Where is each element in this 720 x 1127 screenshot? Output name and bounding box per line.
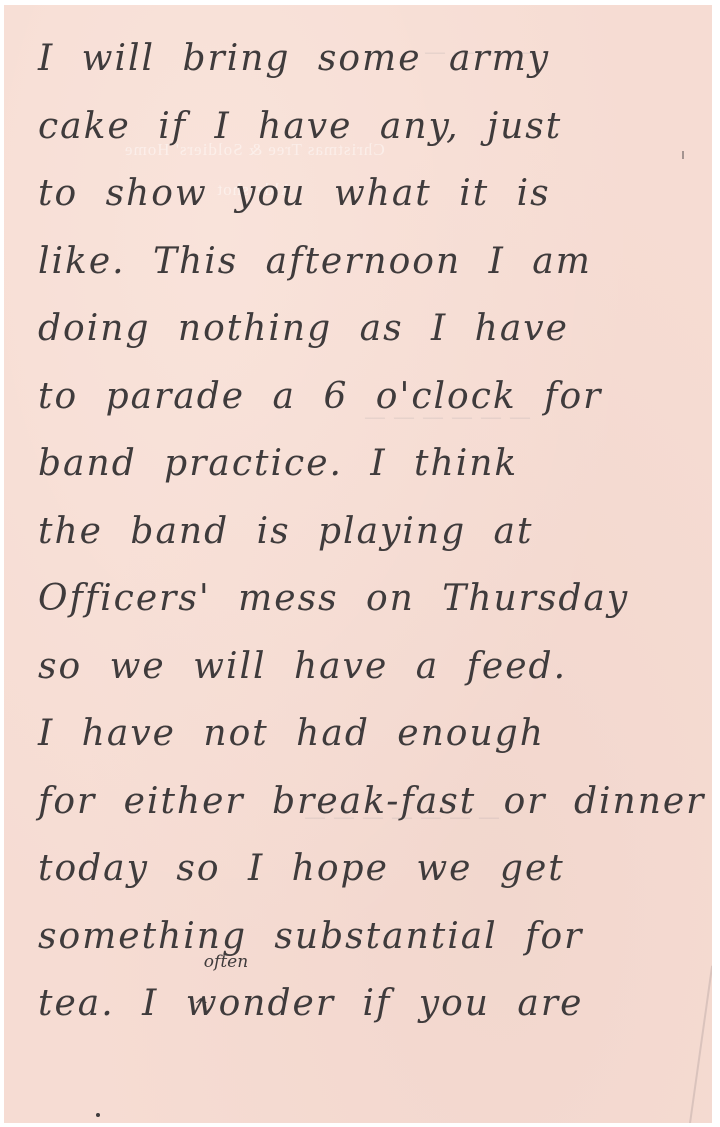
text-line: the band is playing at — [38, 498, 712, 566]
text-segment: wonder if you are — [186, 983, 584, 1024]
text-line: so we will have a feed. — [38, 633, 712, 701]
handwritten-text: I will bring some army cake if I have an… — [38, 25, 712, 1038]
text-line: cake if I have any, just — [38, 93, 712, 161]
text-line: for either break-fast or dinner — [38, 768, 712, 836]
text-line: I have not had enough — [38, 700, 712, 768]
text-line: Officers' mess on Thursday — [38, 565, 712, 633]
text-segment: tea. I — [38, 983, 158, 1024]
text-line: band practice. I think — [38, 430, 712, 498]
inserted-word-group: often ^ wonder if you are — [186, 970, 584, 1038]
text-line: something substantial for — [38, 903, 712, 971]
text-line: doing nothing as I have — [38, 295, 712, 363]
text-line: today so I hope we get — [38, 835, 712, 903]
text-line-last: tea. I often ^ wonder if you are — [38, 970, 712, 1038]
inserted-word: often — [204, 952, 248, 972]
text-line: to parade a 6 o'clock for — [38, 363, 712, 431]
letter-page: Christmas Tree & Soldiers' Home Aldersho… — [4, 5, 712, 1123]
ink-dot — [96, 1113, 100, 1117]
insertion-caret: ^ — [194, 996, 211, 1016]
text-line: to show you what it is — [38, 160, 712, 228]
text-line: I will bring some army — [38, 25, 712, 93]
text-line: like. This afternoon I am — [38, 228, 712, 296]
